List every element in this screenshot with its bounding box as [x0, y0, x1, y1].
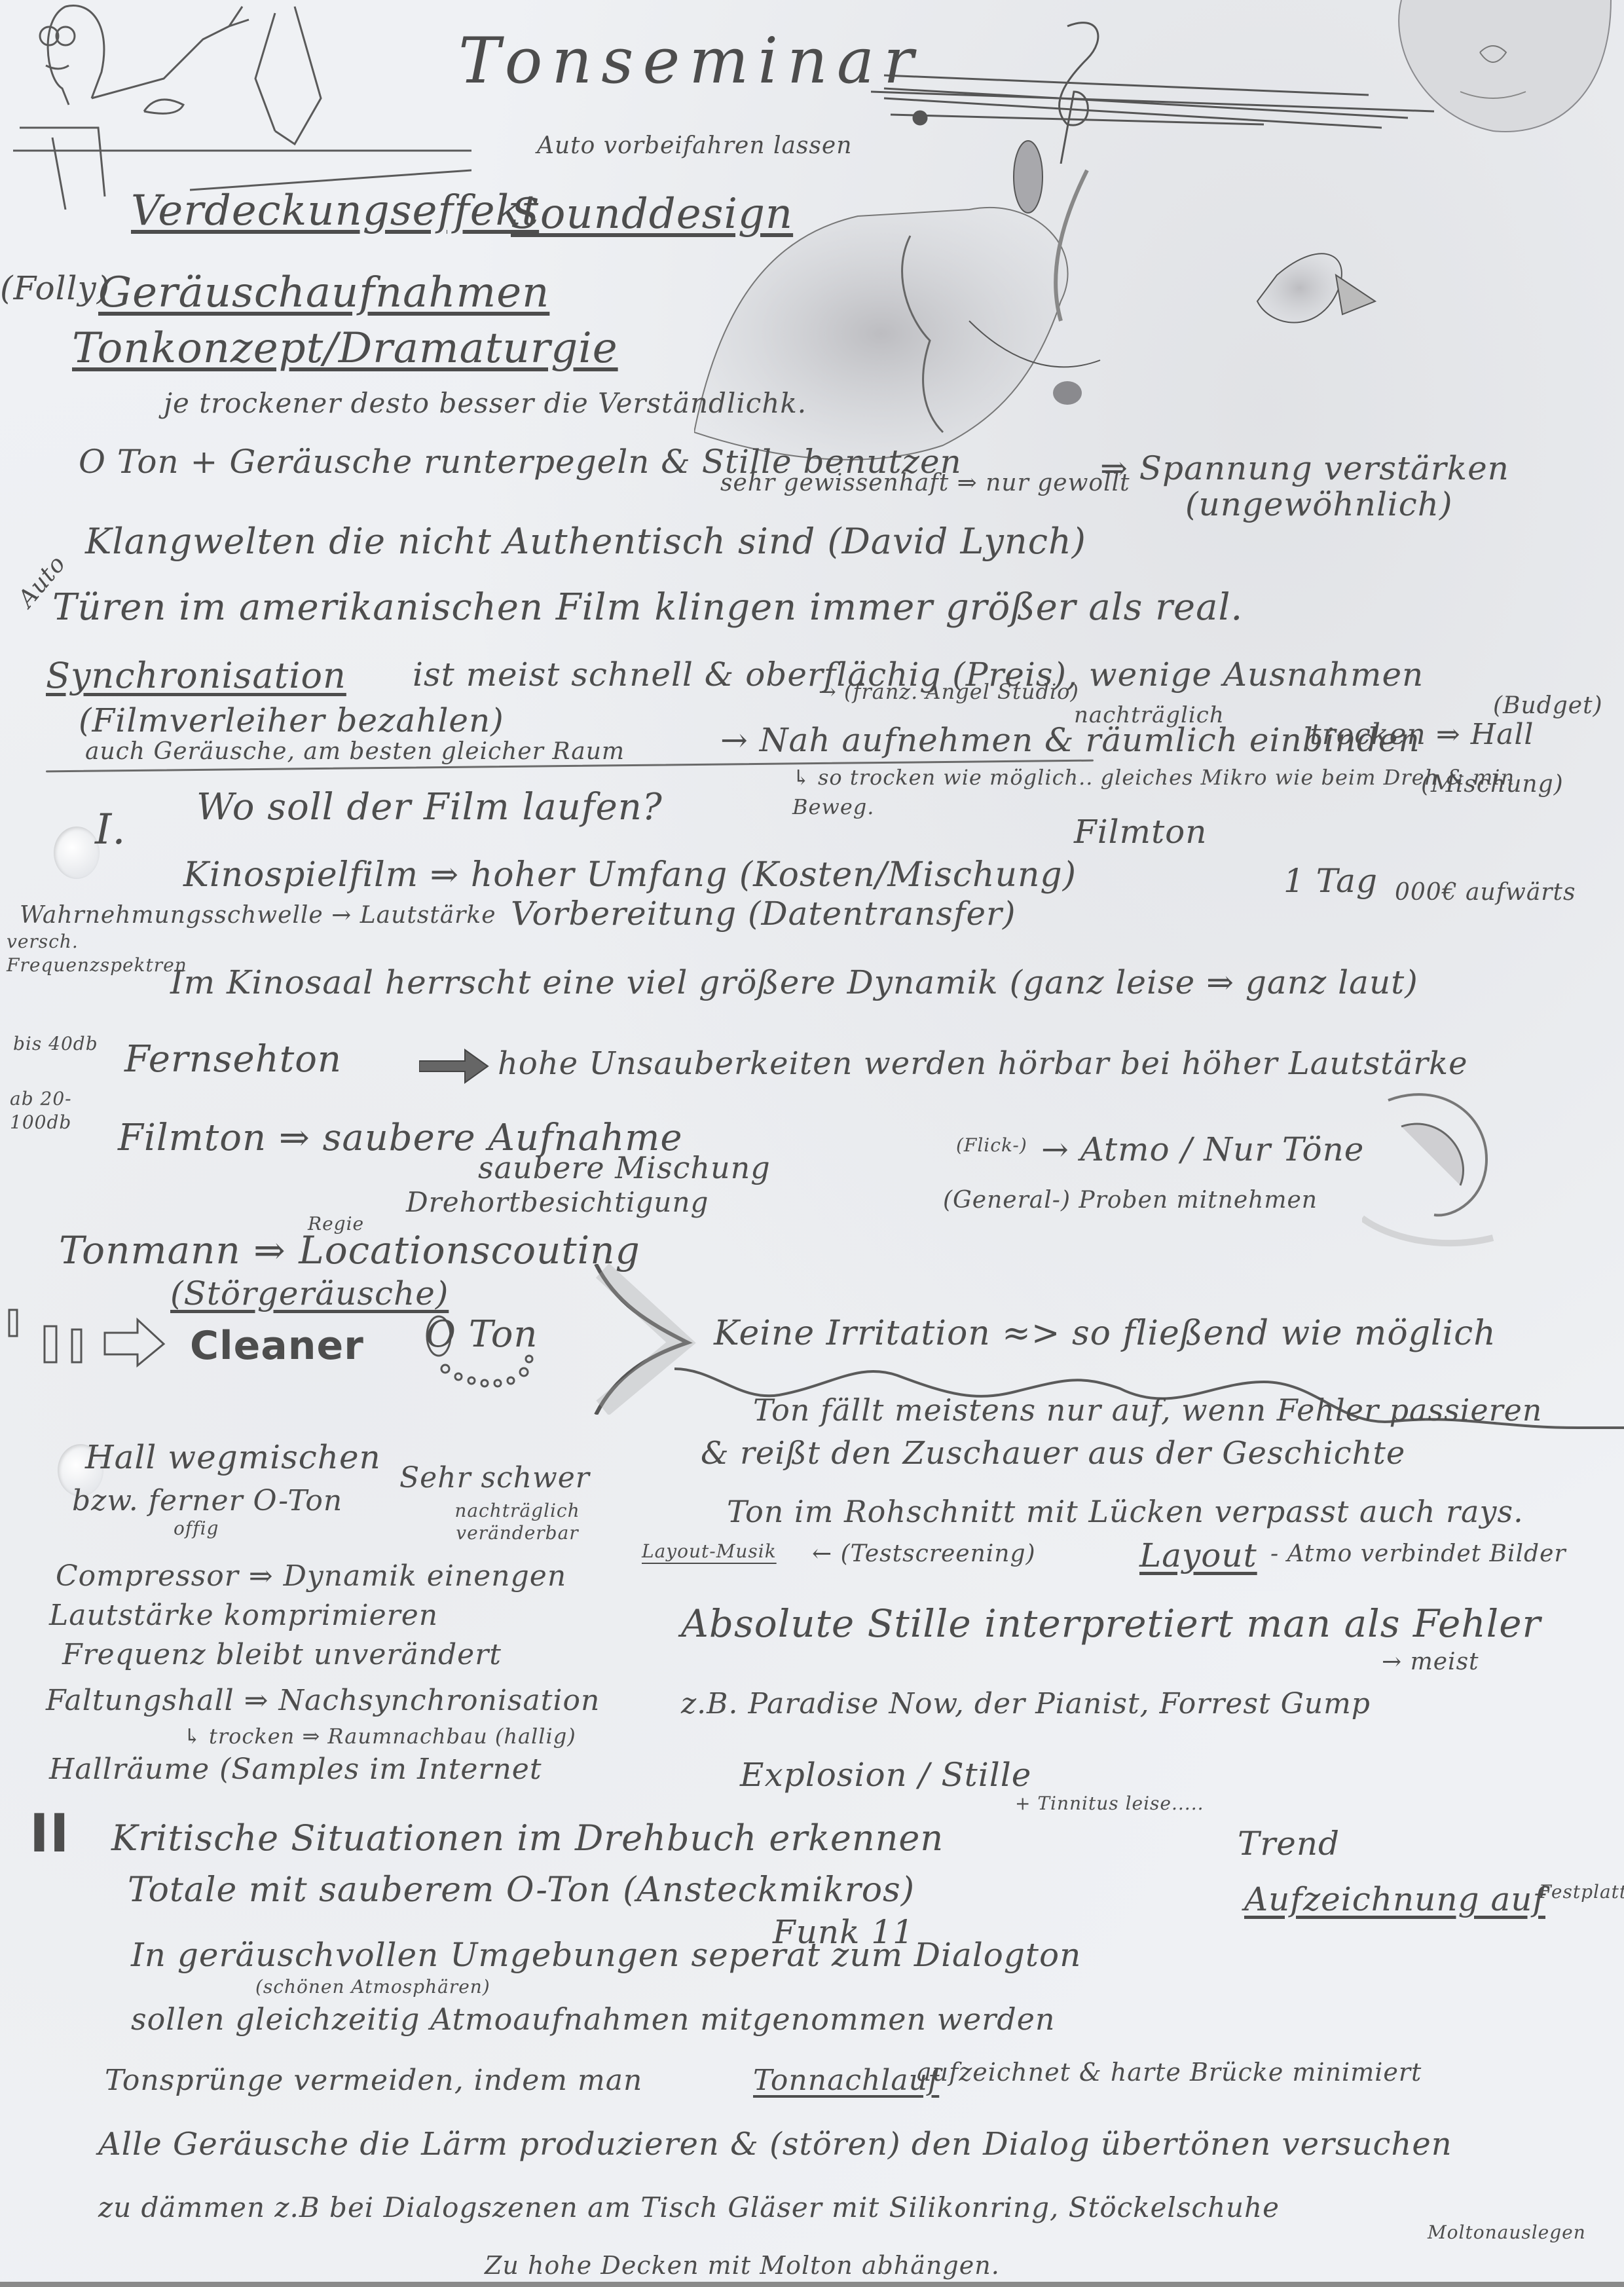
- atmo-verbindet-bilder: - Atmo verbindet Bilder: [1270, 1542, 1566, 1566]
- cleaner-label: Cleaner: [190, 1326, 364, 1366]
- auto-vorbeifahren-note: Auto vorbeifahren lassen: [537, 134, 852, 158]
- tueren-line: Türen im amerikanischen Film klingen imm…: [52, 589, 1243, 626]
- moltonauslegen-note: Moltonauslegen: [1428, 2223, 1586, 2242]
- verdeckungseffekt-heading: Verdeckungseffekt: [131, 190, 539, 232]
- kinosaal-line: Im Kinosaal herrscht eine viel größere D…: [170, 966, 1418, 999]
- hall-wegmischen: Hall wegmischen: [85, 1441, 381, 1474]
- sehr-schwer-note: Sehr schwer: [399, 1464, 590, 1493]
- kosten-aufwaerts: 000€ aufwärts: [1395, 881, 1576, 904]
- synchronisation-label: Synchronisation: [46, 658, 346, 694]
- drehortbesichtigung-note: Drehortbesichtigung: [406, 1189, 709, 1216]
- tinnitus-note: + Tinnitus leise.....: [1015, 1794, 1204, 1813]
- ungewoehnlich-note: (ungewöhnlich): [1185, 488, 1453, 521]
- general-proben-note: (General-) Proben mitnehmen: [943, 1189, 1318, 1212]
- face-sketch-top-right: [1362, 0, 1624, 144]
- kritische-situationen: Kritische Situationen im Drehbuch erkenn…: [111, 1821, 944, 1856]
- bold-arrow-icon: [419, 1047, 491, 1086]
- fernsehton-label: Fernsehton: [124, 1041, 342, 1078]
- ein-tag: 1 Tag: [1283, 865, 1378, 897]
- absolute-stille-line: Absolute Stille interpretiert man als Fe…: [681, 1605, 1541, 1643]
- filmverleiher-note: (Filmverleiher bezahlen): [79, 704, 504, 737]
- keine-irritation-line: Keine Irritation ≈> so fließend wie mögl…: [714, 1316, 1496, 1350]
- geraeuschvoll-line: In geräuschvollen Umgebungen seperat zum…: [131, 1939, 1081, 1971]
- zb-films-line: z.B. Paradise Now, der Pianist, Forrest …: [681, 1690, 1371, 1719]
- alle-geraeusche-line: Alle Geräusche die Lärm produzieren & (s…: [98, 2129, 1452, 2160]
- stoergeraeusche-note: (Störgeräusche): [170, 1277, 449, 1310]
- budget-note: (Budget): [1493, 694, 1603, 718]
- ab-db-note: ab 20-100db: [10, 1087, 101, 1135]
- layout-musik-note: Layout-Musik: [642, 1542, 777, 1561]
- ear-sketch: [1362, 1087, 1526, 1257]
- filmton-label-top: Filmton: [1074, 815, 1207, 848]
- tonnachlauf-rest: aufzeichnet & harte Brücke minimiert: [917, 2060, 1422, 2085]
- layout-label: Layout: [1139, 1539, 1257, 1572]
- section-numeral-2: II: [29, 1808, 70, 1860]
- faltungshall-line: Faltungshall ⇒ Nachsynchronisation: [46, 1686, 600, 1715]
- trocken-hall-note: trocken ⇒ Hall: [1310, 720, 1534, 749]
- reisst-zuschauer-line: & reißt den Zuschauer aus der Geschichte: [701, 1438, 1405, 1469]
- nachtraeglich-veraenderbar: nachträglich veränderbar: [419, 1500, 616, 1544]
- auch-geraeusche-note: auch Geräusche, am besten gleicher Raum: [85, 740, 625, 764]
- hallraeume-line: Hallräume (Samples im Internet: [49, 1755, 542, 1784]
- sounddesign-heading: Sounddesign: [511, 193, 793, 235]
- explosion-stille: Explosion / Stille: [740, 1758, 1031, 1791]
- section-numeral-1: I.: [95, 809, 126, 851]
- frequenz-unveraendert: Frequenz bleibt unverändert: [62, 1641, 502, 1669]
- trocken-raumnachbau: ↳ trocken ⇒ Raumnachbau (hallig): [183, 1726, 576, 1747]
- cartoon-figure-sketch: [13, 0, 471, 210]
- gewissenhaft-note: sehr gewissenhaft ⇒ nur gewollt: [720, 472, 1130, 495]
- franz-angel-studio-note: → (franz. Angel Studio): [819, 681, 1079, 702]
- geraeuschaufnahmen-heading: Geräuschaufnahmen: [98, 272, 549, 314]
- punch-hole-top: [54, 827, 100, 879]
- gleichzeitig-atmo-line: sollen gleichzeitig Atmoaufnahmen mitgen…: [131, 2004, 1056, 2034]
- ton-faellt-line: Ton fällt meistens nur auf, wenn Fehler …: [753, 1395, 1542, 1425]
- trocken-note: je trockener desto besser die Verständli…: [164, 390, 807, 417]
- vorbereitung-line: Vorbereitung (Datentransfer): [511, 897, 1016, 930]
- aufzeichnung-festplatte: Aufzeichnung auf: [1244, 1883, 1545, 1916]
- flick-note: (Flick-): [956, 1136, 1027, 1155]
- totale-oton: Totale mit sauberem O-Ton (Ansteckmikros…: [128, 1873, 915, 1907]
- atmo-nur-toene: → Atmo / Nur Töne: [1041, 1133, 1364, 1166]
- bis-40db-note: bis 40db: [13, 1035, 98, 1053]
- decken-molton-line: Zu hohe Decken mit Molton abhängen.: [485, 2253, 1000, 2278]
- compressor-line: Compressor ⇒ Dynamik einengen: [56, 1562, 566, 1591]
- o-ton-label: O Ton: [426, 1316, 538, 1353]
- wo-soll-der-film-laufen: Wo soll der Film laufen?: [196, 789, 663, 826]
- rohschnitt-line: Ton im Rohschnitt mit Lücken verpasst au…: [727, 1497, 1524, 1527]
- festplatte-note: Festplatte: [1539, 1883, 1624, 1901]
- meist-note: → meist: [1382, 1650, 1479, 1674]
- bzw-ferner-oton: bzw. ferner O-Ton: [72, 1487, 342, 1515]
- cleaner-arrow-icon: [7, 1303, 170, 1369]
- testscreening-note: ← (Testscreening): [812, 1542, 1036, 1566]
- fernsehton-rest: hohe Unsauberkeiten werden hörbar bei hö…: [498, 1048, 1468, 1079]
- versch-frequenzspektren-note: versch. Frequenzspektren: [7, 930, 177, 978]
- tonnachlauf-word: Tonnachlauf: [753, 2066, 939, 2095]
- daemmen-line: zu dämmen z.B bei Dialogszenen am Tisch …: [98, 2194, 1280, 2222]
- lautstaerke-komprimieren: Lautstärke komprimieren: [49, 1601, 438, 1630]
- kinospielfilm-line: Kinospielfilm ⇒ hoher Umfang (Kosten/Mis…: [183, 858, 1077, 892]
- schoene-atmo-note: (schönen Atmosphären): [255, 1978, 490, 1996]
- saubere-mischung: saubere Mischung: [478, 1153, 771, 1183]
- trend-label: Trend: [1238, 1827, 1340, 1860]
- scan-bottom-edge: [0, 2282, 1624, 2287]
- spannung-verstaerken: ⇒ Spannung verstärken: [1100, 452, 1509, 485]
- tonmann-locationscouting: Tonmann ⇒ Locationscouting: [59, 1231, 640, 1269]
- offig-note: offig: [174, 1519, 219, 1538]
- tonkonzept-heading: Tonkonzept/Dramaturgie: [72, 327, 618, 369]
- folly-label: (Folly): [0, 272, 110, 305]
- wahrnehmungsschwelle-note: Wahrnehmungsschwelle → Lautstärke: [20, 904, 496, 927]
- page-title: Tonseminar: [458, 29, 923, 92]
- tonspruenge-line: Tonsprünge vermeiden, indem man: [105, 2066, 642, 2095]
- klangwelten-line: Klangwelten die nicht Authentisch sind (…: [85, 524, 1086, 559]
